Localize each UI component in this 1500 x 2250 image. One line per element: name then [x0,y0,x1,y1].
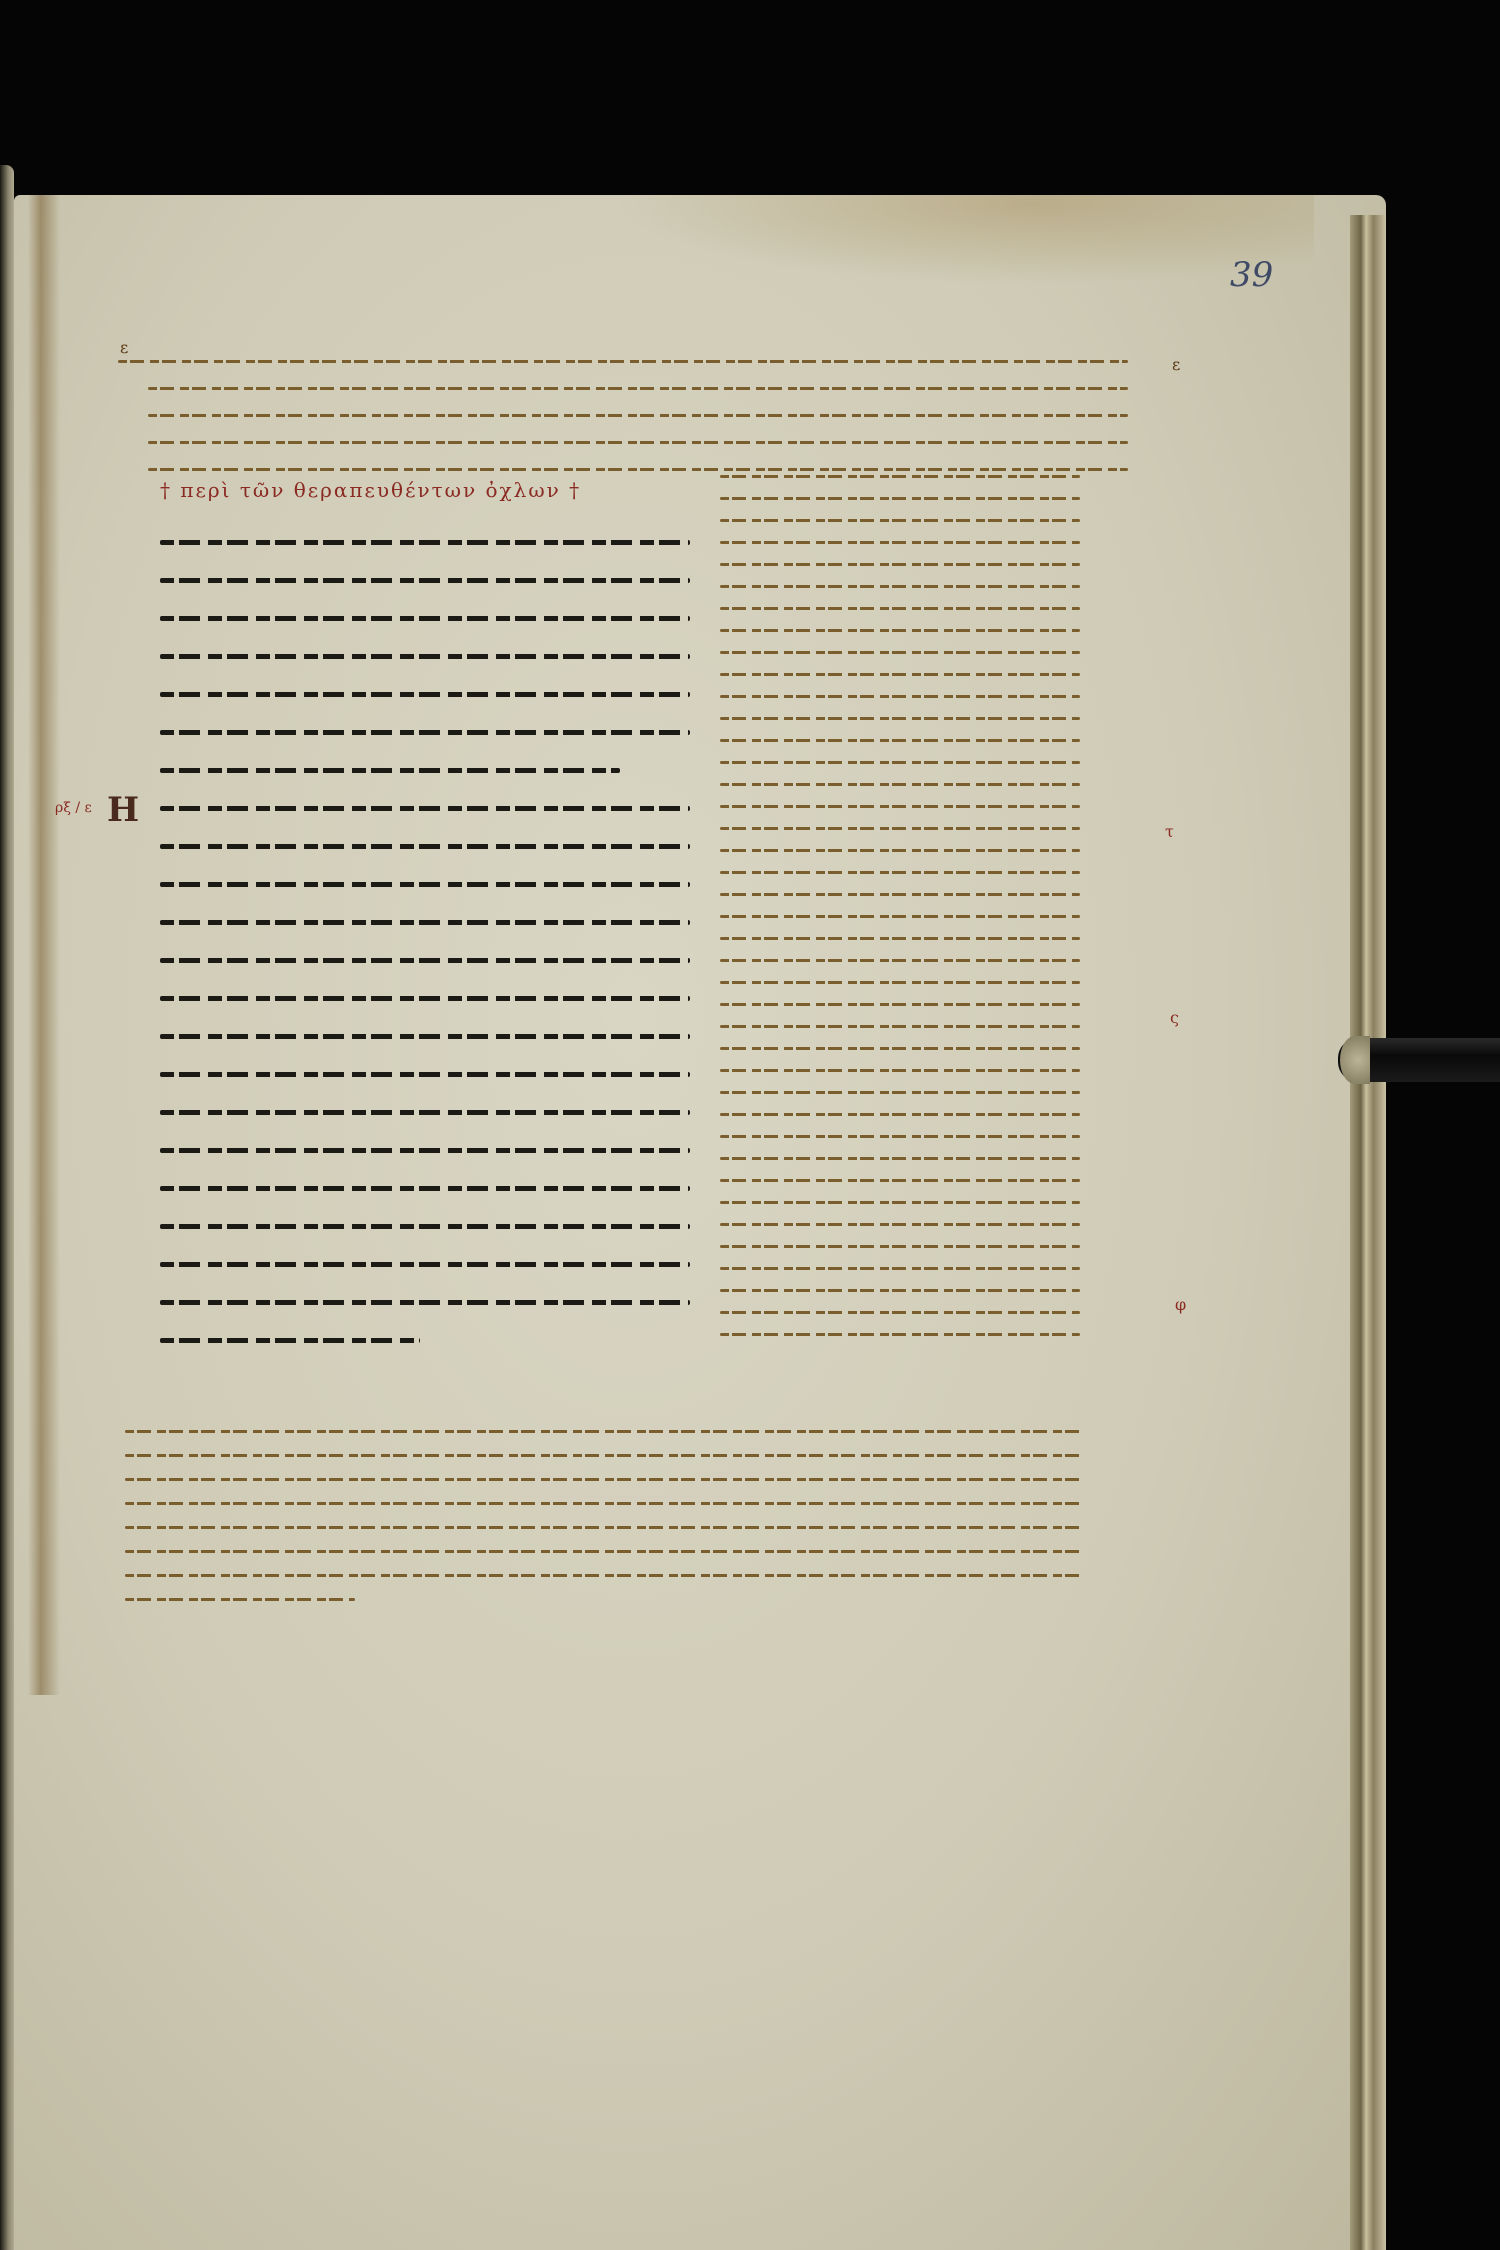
right-mark-2: τ [1165,822,1174,841]
gutter-stain [28,195,60,1695]
left-page-edge [0,165,14,2250]
top-commentary [118,360,1128,471]
bottom-commentary [125,1430,1080,1601]
initial-letter: Η [107,790,139,830]
right-mark-3: ς [1170,1008,1179,1027]
right-mark-1: ε [1172,355,1180,374]
right-commentary [720,475,1080,1336]
main-text [160,540,690,1343]
page-edges [1350,215,1386,2250]
rubric-title: † περὶ τῶν θεραπευθέντων ὀχλων † [160,478,581,502]
bookmark-tip [1340,1036,1370,1084]
top-stain [614,195,1314,285]
folio-number: 39 [1230,255,1273,295]
top-left-mark: ε [120,338,128,357]
left-section-number: ρξ / ε [55,800,92,816]
bottom-commentary-end: τοῖς ἄρτοις ἔλαμον :- [0,0,1,1]
right-mark-4: φ [1175,1295,1186,1314]
chapter-letter: λ [0,0,1,1]
